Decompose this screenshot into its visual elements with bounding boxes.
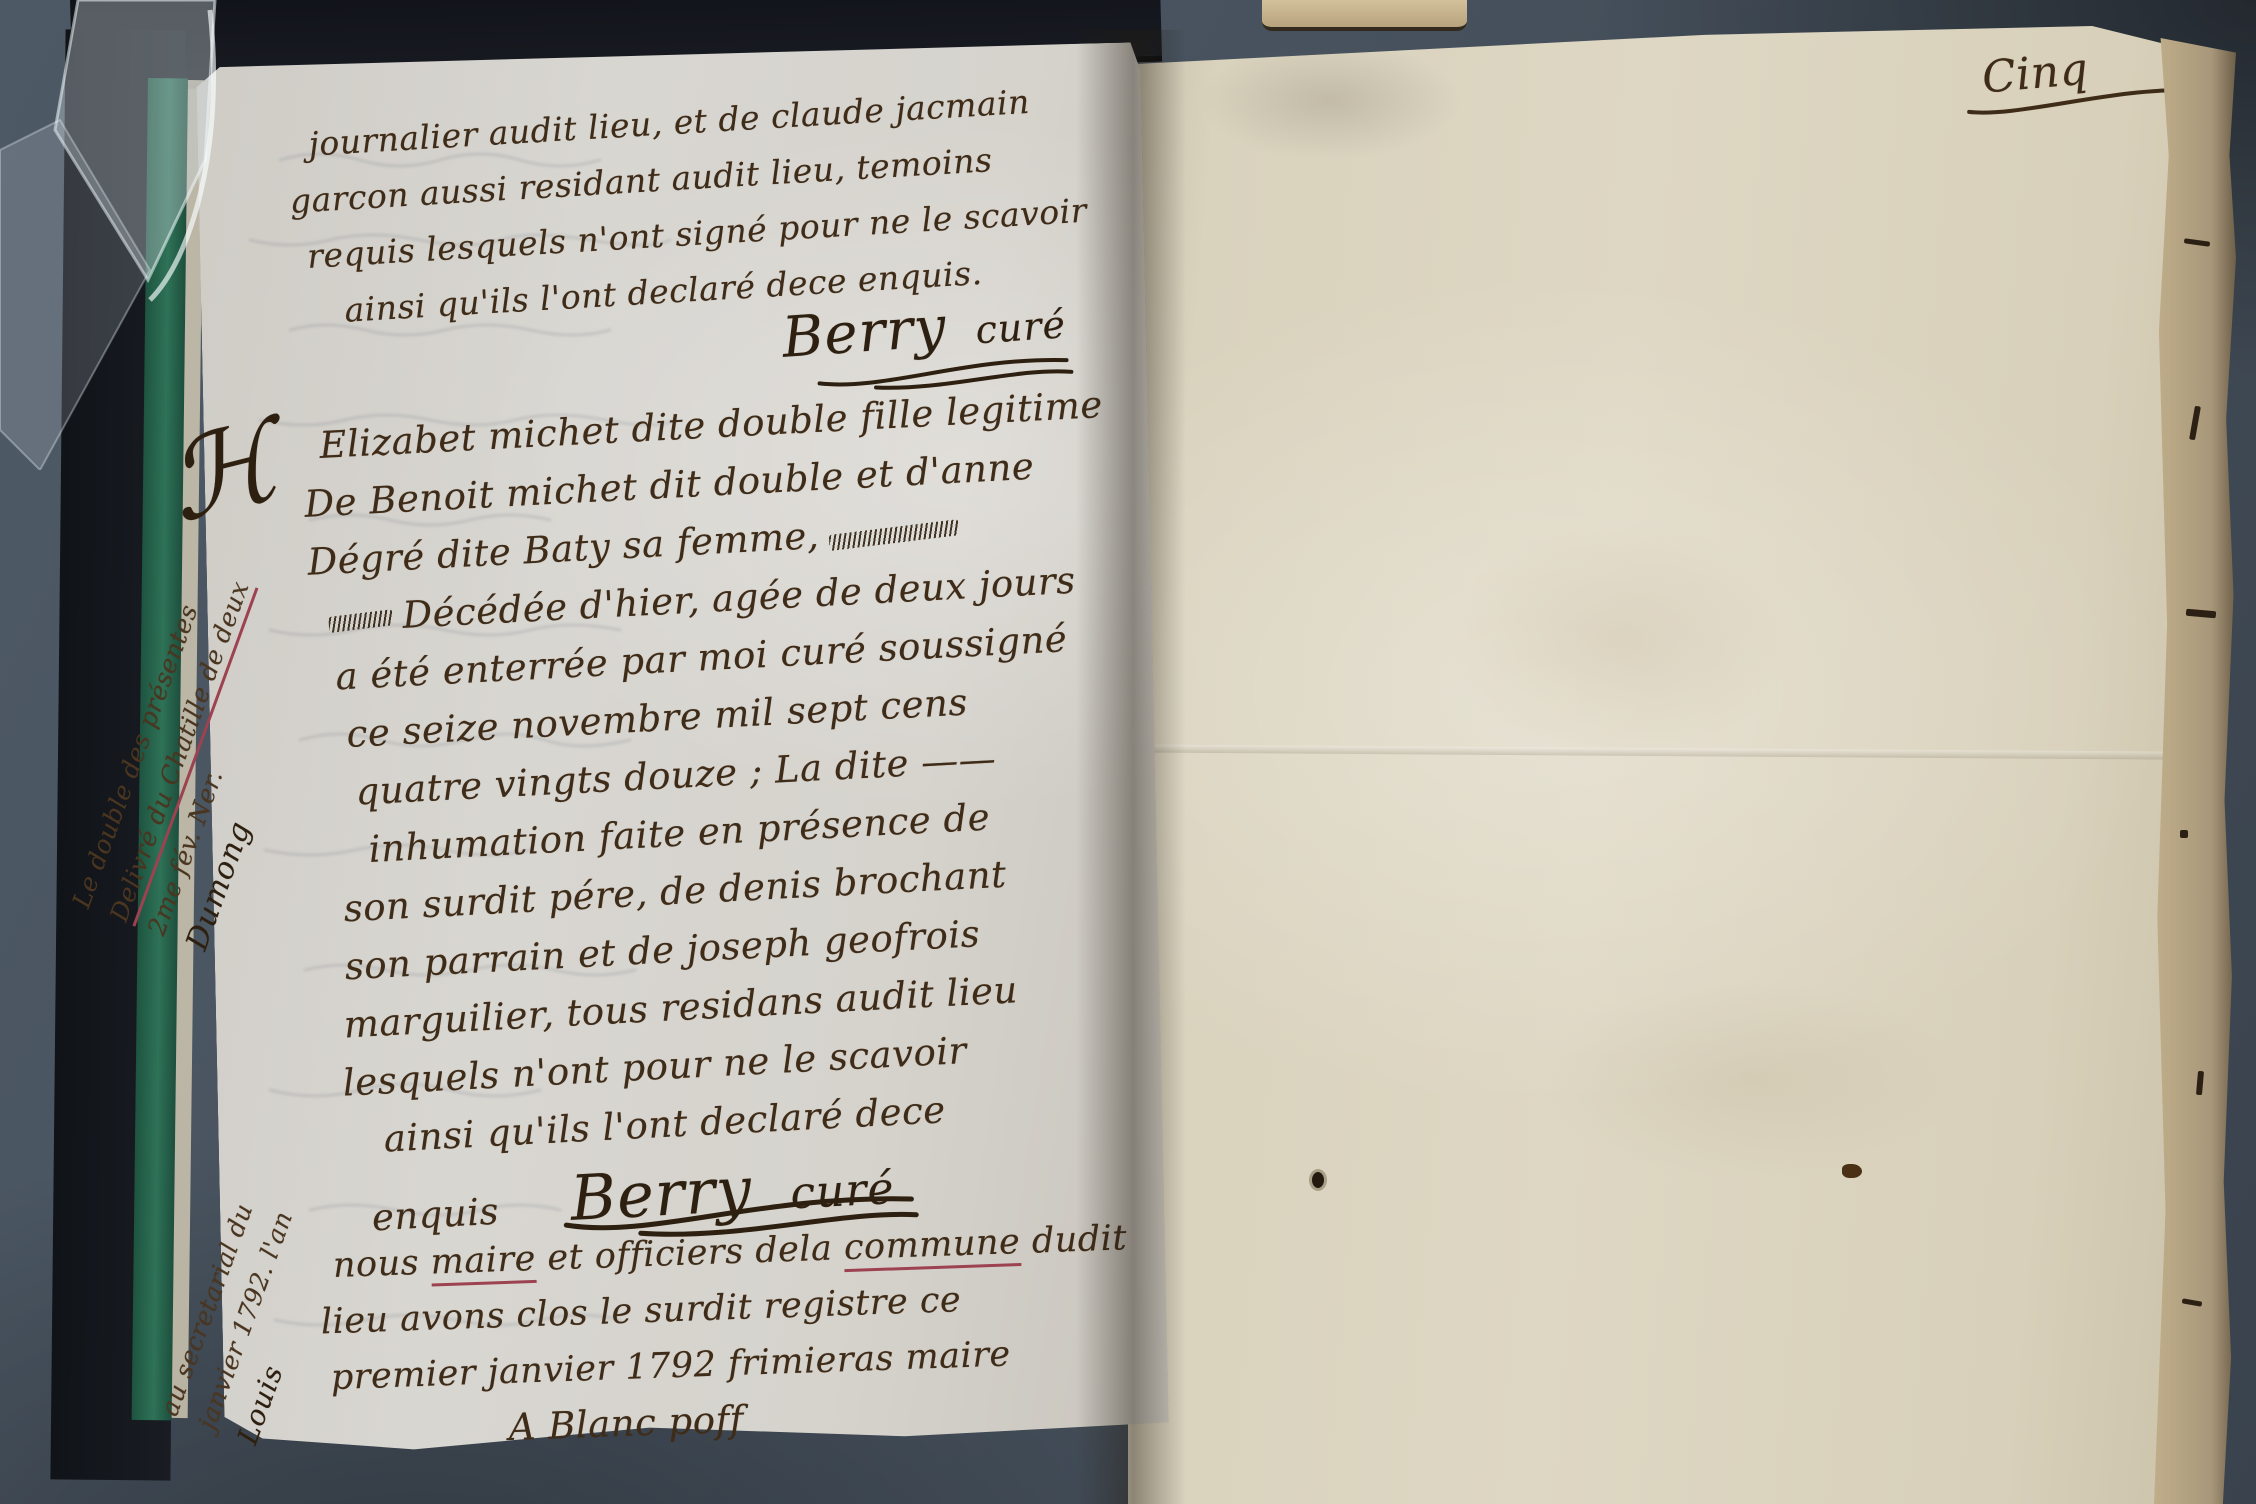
handwritten-text: nous — [332, 1243, 431, 1286]
register-photo: Cinq journalier audit lieu — [0, 0, 2256, 1504]
right-page — [1128, 26, 2176, 1504]
book-gutter — [1076, 30, 1186, 1504]
edge-ink-mark — [2180, 830, 2188, 838]
wormhole — [1312, 1172, 1324, 1188]
handwritten-text: et officiers dela — [535, 1228, 845, 1279]
ink-blot — [1842, 1164, 1862, 1178]
underlined-word: commune — [843, 1222, 1021, 1272]
crossed-out-word — [829, 519, 959, 551]
page-edge-stack — [2154, 38, 2236, 1504]
underlined-word: maire — [430, 1239, 537, 1287]
closing-note: nous maire et officiers dela commune dud… — [332, 1210, 1134, 1462]
burial-entry: Elizabet michet dite double fille legiti… — [300, 376, 1145, 1260]
page-number: Cinq — [1980, 43, 2090, 103]
loose-paper-fragment — [1262, 0, 1467, 31]
signature-title: curé — [974, 302, 1067, 352]
